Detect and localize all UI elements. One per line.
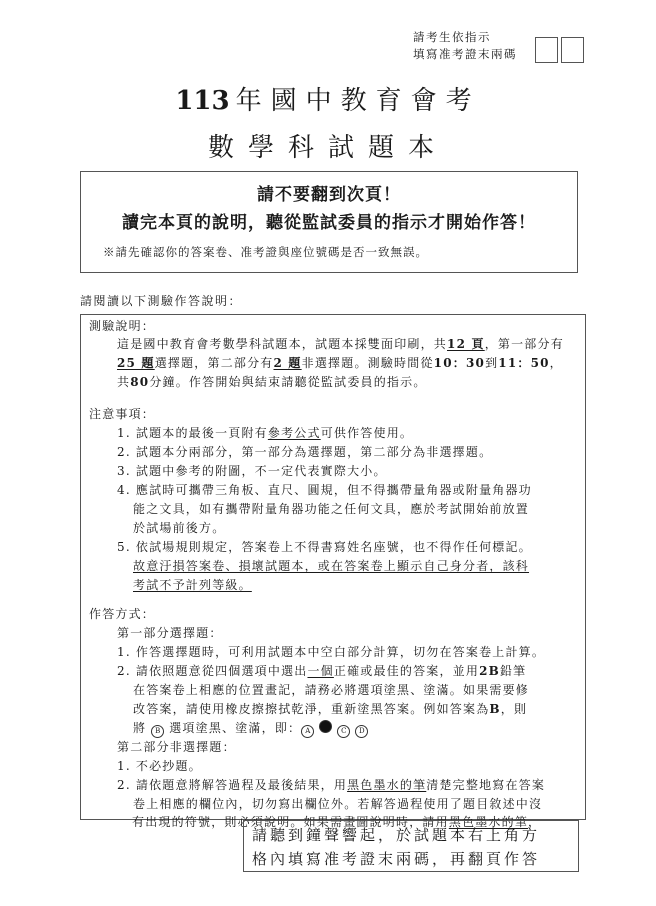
- bottom-reminder-line1: 請聽到鐘聲響起，於試題本右上角方: [252, 823, 540, 847]
- note-3: 3. 試題中參考的附圖，不一定代表實際大小。: [117, 462, 387, 481]
- part2-item2-line1: 2. 請依題意將解答過程及最後結果，用黑色墨水的筆清楚完整地寫在答案: [117, 776, 545, 795]
- part1-item1: 1. 作答選擇題時，可利用試題本中空白部分計算，切勿在答案卷上計算。: [117, 643, 545, 662]
- part2-item2-line2: 卷上相應的欄位內，切勿寫出欄位外。若解答過程使用了題目敘述中沒: [133, 795, 542, 814]
- part2-count: 2 題: [274, 356, 302, 370]
- duration-minutes: 80: [130, 375, 149, 389]
- bubble-b-example-icon: B: [151, 725, 164, 738]
- note-1: 1. 試題本的最後一頁附有參考公式可供作答使用。: [117, 424, 413, 443]
- part1-count: 25 題: [117, 356, 155, 370]
- bubble-a-icon: A: [301, 725, 314, 738]
- warning-line3: ※請先確認你的答案卷、准考證與座位號碼是否一致無誤。: [103, 244, 428, 260]
- end-time: 11：50: [498, 356, 549, 370]
- start-time: 10：30: [434, 356, 485, 370]
- notes-heading: 注意事項：: [89, 405, 155, 424]
- exam-year: 113: [175, 86, 229, 116]
- test-info-heading: 測驗說明：: [89, 317, 155, 336]
- part1-heading: 第一部分選擇題：: [117, 624, 223, 643]
- note-5-line3: 考試不予計列等級。: [133, 576, 252, 595]
- exam-title-rest: 年國中教育會考: [236, 86, 481, 116]
- part2-item1: 1. 不必抄題。: [117, 757, 202, 776]
- note-4-line1: 4. 應試時可攜帶三角板、直尺、圓規，但不得攜帶量角器或附量角器功: [117, 481, 532, 500]
- bottom-reminder-line2: 格內填寫准考證末兩碼，再翻頁作答: [252, 847, 540, 871]
- part1-item2-line3: 改答案，請使用橡皮擦擦拭乾淨，重新塗黑答案。例如答案為B，則: [133, 700, 527, 719]
- answer-method-heading: 作答方式：: [89, 605, 155, 624]
- admission-code-box-1[interactable]: [535, 37, 558, 63]
- note-4-line2: 能之文具，如有攜帶附量角器功能之任何文具，應於考試開始前放置: [133, 500, 529, 519]
- note-4-line3: 於試場前後方。: [133, 519, 225, 538]
- warning-box: 請不要翻到次頁！ 讀完本頁的說明，聽從監試委員的指示才開始作答！ ※請先確認你的…: [80, 171, 578, 273]
- bubble-c-icon: C: [337, 725, 350, 738]
- note-5-line1: 5. 依試場規則規定，答案卷上不得書寫姓名座號，也不得作任何標記。: [117, 538, 532, 557]
- note-2: 2. 試題本分兩部分，第一部分為選擇題，第二部分為非選擇題。: [117, 443, 492, 462]
- part1-item2-line2: 在答案卷上相應的位置畫記，請務必將選項塗黑、塗滿。如果需要修: [133, 681, 529, 700]
- warning-line1: 請不要翻到次頁！: [81, 180, 577, 205]
- bubble-d-icon: D: [355, 725, 368, 738]
- code-note-line1: 請考生依指示: [413, 29, 517, 46]
- page-count: 12 頁: [447, 337, 485, 351]
- test-info-line3: 共80分鐘。作答開始與結束請聽從監試委員的指示。: [117, 373, 427, 392]
- code-note-line2: 填寫准考證末兩碼: [413, 46, 517, 63]
- test-info-line2: 25 題選擇題，第二部分有2 題非選擇題。測驗時間從10：30到11：50，: [117, 354, 563, 373]
- booklet-title: 數學科試題本: [0, 127, 656, 164]
- instructions-intro: 請閱讀以下測驗作答說明：: [80, 292, 242, 309]
- part2-heading: 第二部分非選擇題：: [117, 738, 236, 757]
- part1-item2-line1: 2. 請依照題意從四個選項中選出一個正確或最佳的答案，並用2B鉛筆: [117, 662, 526, 681]
- bottom-reminder-box: 請聽到鐘聲響起，於試題本右上角方 格內填寫准考證末兩碼，再翻頁作答: [243, 820, 579, 872]
- admission-code-box-2[interactable]: [561, 37, 584, 63]
- warning-line2: 讀完本頁的說明，聽從監試委員的指示才開始作答！: [81, 208, 577, 233]
- part1-item2-line4: 將 B 選項塗黑、塗滿，即：A C D: [133, 719, 368, 738]
- bubble-b-filled-icon: [319, 720, 332, 733]
- exam-title: 113年國中教育會考: [0, 80, 656, 117]
- instructions-box: 測驗說明： 這是國中教育會考數學科試題本，試題本採雙面印刷，共12 頁，第一部分…: [80, 314, 586, 820]
- admission-code-instruction: 請考生依指示 填寫准考證末兩碼: [413, 29, 517, 63]
- test-info-line1: 這是國中教育會考數學科試題本，試題本採雙面印刷，共12 頁，第一部分有: [117, 335, 564, 354]
- note-5-line2: 故意汙損答案卷、損壞試題本，或在答案卷上顯示自己身分者，該科: [133, 557, 529, 576]
